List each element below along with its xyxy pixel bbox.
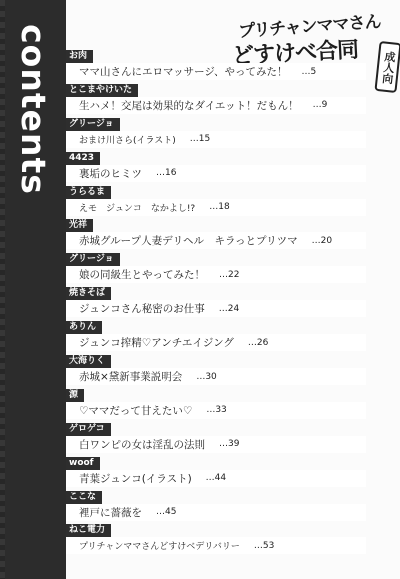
- toc-entry[interactable]: ここな 裡戸に薔薇を …45: [66, 491, 400, 525]
- author-tab: 4423: [66, 152, 100, 165]
- toc-entry[interactable]: お肉 ママ山さんにエロマッサージ、やってみた！ …5: [66, 50, 400, 84]
- entry-title: 青葉ジュンコ(イラスト): [79, 471, 192, 486]
- spine-edge-texture: [0, 0, 5, 579]
- page-number: …33: [206, 405, 226, 415]
- entry-title: 裡戸に薔薇を: [79, 505, 142, 520]
- author-tab: お肉: [66, 50, 93, 63]
- entry-title: ママ山さんにエロマッサージ、やってみた！: [79, 64, 288, 79]
- page-number: …16: [156, 168, 176, 178]
- entry-title: おまけ川さら(イラスト): [79, 133, 176, 146]
- page-number: …44: [206, 473, 226, 483]
- entry-title: ジュンコ搾精♡アンチエイジング: [79, 335, 234, 350]
- toc-entry[interactable]: とこまやけいた 生ハメ！交尾は効果的なダイエット！だもん！ …9: [66, 84, 400, 118]
- entry-title: 裏垢のヒミツ: [79, 166, 142, 181]
- page-number: …24: [219, 304, 239, 314]
- toc-entry[interactable]: 源 ♡ママだって甘えたい♡ …33: [66, 389, 400, 423]
- page-number: …20: [312, 236, 332, 246]
- toc-entry[interactable]: ねこ電力 プリチャンママさんどすけベデリバリー …53: [66, 524, 400, 558]
- toc-entry[interactable]: 焼きそば ジュンコさん秘密のお仕事 …24: [66, 287, 400, 321]
- toc-entry[interactable]: グリージョ おまけ川さら(イラスト) …15: [66, 118, 400, 152]
- author-tab: ありん: [66, 321, 102, 334]
- page-number: …5: [302, 67, 317, 77]
- title-row[interactable]: 裏垢のヒミツ …16: [66, 165, 366, 182]
- title-row[interactable]: 白ワンピの女は淫乱の法則 …39: [66, 436, 366, 453]
- author-tab: 焼きそば: [66, 287, 111, 300]
- title-row[interactable]: ママ山さんにエロマッサージ、やってみた！ …5: [66, 63, 366, 80]
- entry-title: 赤城×黛新事業説明会: [79, 369, 182, 384]
- author-tab: ねこ電力: [66, 524, 111, 537]
- page-number: …18: [209, 202, 229, 212]
- author-tab: ここな: [66, 491, 102, 504]
- page-number: …53: [254, 541, 274, 551]
- toc-entry[interactable]: 光祥 赤城グループ人妻デリヘル キラっとプリツマ …20: [66, 219, 400, 253]
- entry-title: 赤城グループ人妻デリヘル キラっとプリツマ: [79, 233, 298, 248]
- toc-entry[interactable]: うらるま えモ ジュンコ なかよし!? …18: [66, 186, 400, 220]
- author-tab: woof: [66, 457, 100, 470]
- entry-title: 娘の同級生とやってみた！: [79, 267, 205, 282]
- contents-wordmark: contents: [8, 24, 58, 194]
- table-of-contents: お肉 ママ山さんにエロマッサージ、やってみた！ …5 とこまやけいた 生ハメ！交…: [66, 50, 400, 558]
- page-number: …30: [196, 372, 216, 382]
- author-tab: 大海りく: [66, 355, 111, 368]
- page-number: …9: [313, 100, 328, 110]
- page-number: …39: [219, 439, 239, 449]
- toc-entry[interactable]: ゲロゲコ 白ワンピの女は淫乱の法則 …39: [66, 423, 400, 457]
- title-row[interactable]: 裡戸に薔薇を …45: [66, 504, 366, 521]
- author-tab: グリージョ: [66, 253, 120, 266]
- toc-entry[interactable]: ありん ジュンコ搾精♡アンチエイジング …26: [66, 321, 400, 355]
- entry-title: ♡ママだって甘えたい♡: [79, 403, 192, 418]
- contents-page: contents プリチャンママさん どすけべ合同 成人向 お肉 ママ山さんにエ…: [0, 0, 400, 579]
- page-number: …15: [190, 134, 210, 144]
- contents-spine-bar: contents: [0, 0, 66, 579]
- page-number: …26: [248, 338, 268, 348]
- title-row[interactable]: ジュンコ搾精♡アンチエイジング …26: [66, 334, 366, 351]
- title-row[interactable]: ジュンコさん秘密のお仕事 …24: [66, 300, 366, 317]
- entry-title: えモ ジュンコ なかよし!?: [79, 201, 195, 214]
- title-row[interactable]: えモ ジュンコ なかよし!? …18: [66, 199, 366, 216]
- author-tab: うらるま: [66, 186, 111, 199]
- author-tab: 光祥: [66, 219, 93, 232]
- author-tab: とこまやけいた: [66, 84, 138, 97]
- title-row[interactable]: プリチャンママさんどすけベデリバリー …53: [66, 537, 366, 554]
- entry-title: ジュンコさん秘密のお仕事: [79, 301, 205, 316]
- toc-entry[interactable]: woof 青葉ジュンコ(イラスト) …44: [66, 457, 400, 491]
- entry-title: 白ワンピの女は淫乱の法則: [79, 437, 205, 452]
- title-row[interactable]: おまけ川さら(イラスト) …15: [66, 131, 366, 148]
- entry-title: プリチャンママさんどすけベデリバリー: [79, 539, 240, 552]
- entry-title: 生ハメ！交尾は効果的なダイエット！だもん！: [79, 98, 299, 113]
- title-row[interactable]: 娘の同級生とやってみた！ …22: [66, 266, 366, 283]
- contents-wordmark-text: contents: [14, 24, 53, 195]
- title-row[interactable]: 生ハメ！交尾は効果的なダイエット！だもん！ …9: [66, 97, 366, 114]
- toc-entry[interactable]: 大海りく 赤城×黛新事業説明会 …30: [66, 355, 400, 389]
- title-row[interactable]: ♡ママだって甘えたい♡ …33: [66, 402, 366, 419]
- author-tab: ゲロゲコ: [66, 423, 111, 436]
- toc-entry[interactable]: 4423 裏垢のヒミツ …16: [66, 152, 400, 186]
- title-row[interactable]: 赤城×黛新事業説明会 …30: [66, 368, 366, 385]
- title-row[interactable]: 青葉ジュンコ(イラスト) …44: [66, 470, 366, 487]
- page-number: …45: [156, 507, 176, 517]
- title-row[interactable]: 赤城グループ人妻デリヘル キラっとプリツマ …20: [66, 232, 366, 249]
- author-tab: 源: [66, 389, 84, 402]
- author-tab: グリージョ: [66, 118, 120, 131]
- page-number: …22: [219, 270, 239, 280]
- toc-entry[interactable]: グリージョ 娘の同級生とやってみた！ …22: [66, 253, 400, 287]
